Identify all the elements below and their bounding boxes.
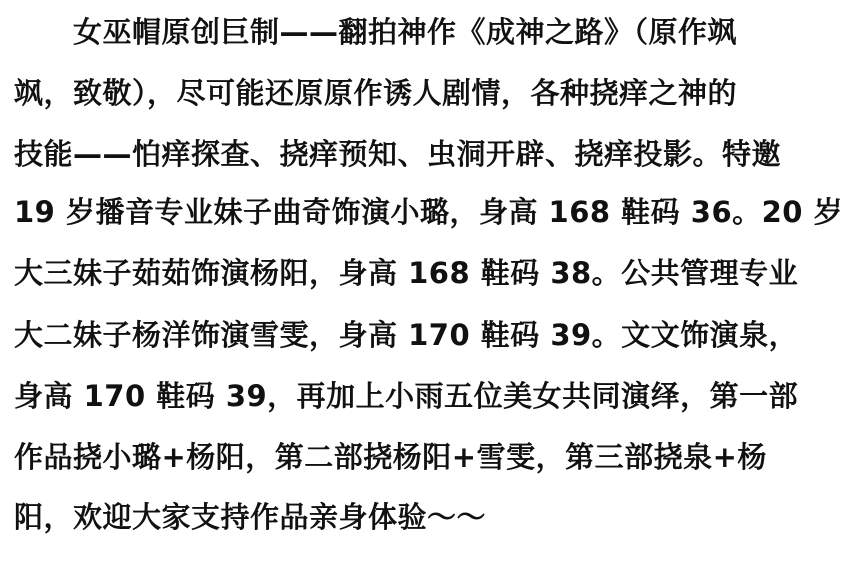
paragraph-line-1: 女巫帽原创巨制——翻拍神作《成神之路》（原作飒 [73,12,737,52]
document-page: 女巫帽原创巨制——翻拍神作《成神之路》（原作飒 飒，致敬），尽可能还原原作诱人剧… [0,0,863,568]
paragraph-line-6: 大二妹子杨洋饰演雪雯，身高 170 鞋码 39。文文饰演泉， [14,315,798,355]
paragraph-line-9: 阳，欢迎大家支持作品亲身体验～～ [14,497,486,537]
paragraph-line-3: 技能——怕痒探查、挠痒预知、虫洞开辟、挠痒投影。特邀 [14,134,781,174]
paragraph-line-4: 19 岁播音专业妹子曲奇饰演小璐，身高 168 鞋码 36。20 岁 [14,192,843,232]
paragraph-line-2: 飒，致敬），尽可能还原原作诱人剧情，各种挠痒之神的 [14,73,737,113]
paragraph-line-8: 作品挠小璐+杨阳，第二部挠杨阳+雪雯，第三部挠泉+杨 [14,437,767,477]
paragraph-line-7: 身高 170 鞋码 39，再加上小雨五位美女共同演绎，第一部 [14,376,798,416]
paragraph-line-5: 大三妹子茹茹饰演杨阳，身高 168 鞋码 38。公共管理专业 [14,253,798,293]
